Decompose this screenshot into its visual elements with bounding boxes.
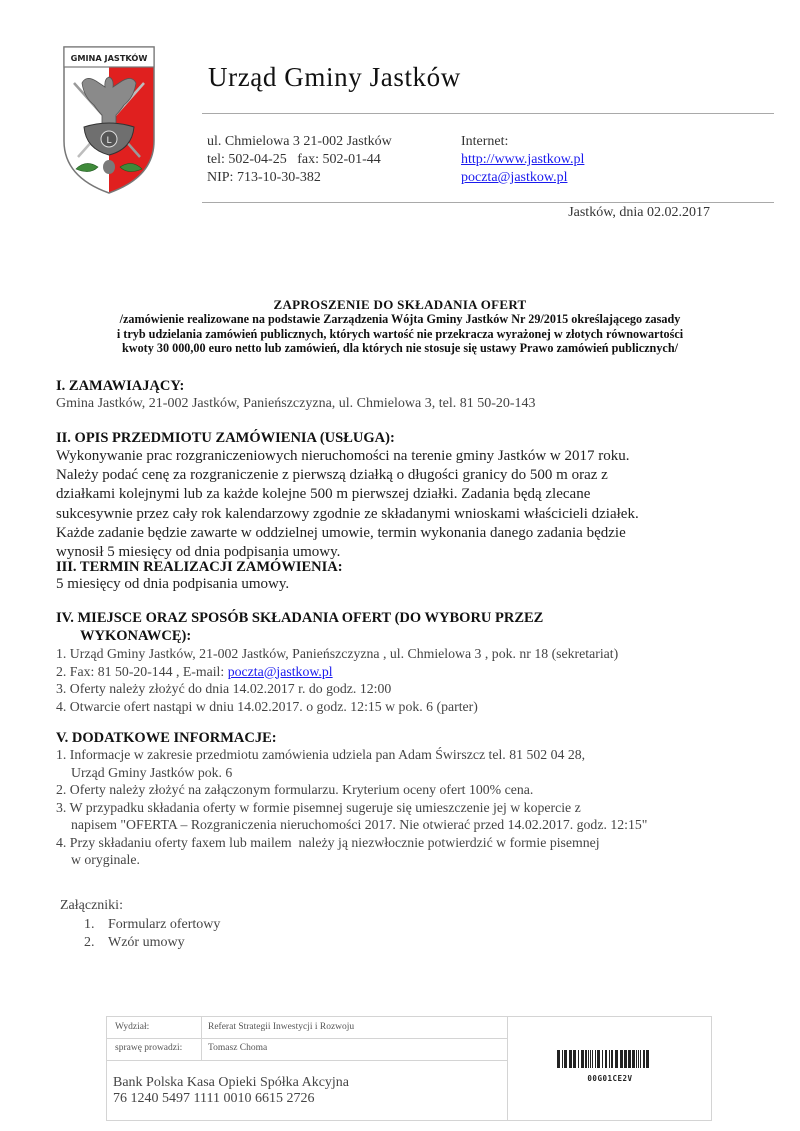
document-subtitle-line: i tryb udzielania zamówień publicznych, … — [40, 327, 760, 342]
list-item-text: 2. Fax: 81 50-20-144 , E-mail: — [56, 664, 228, 679]
attachment-item: 2.Wzór umowy — [84, 934, 220, 952]
bank-info: Bank Polska Kasa Opieki Spółka Akcyjna 7… — [113, 1075, 349, 1107]
section-4-heading-cont: WYKONAWCĘ): — [80, 627, 191, 645]
bank-name: Bank Polska Kasa Opieki Spółka Akcyjna — [113, 1075, 349, 1091]
municipality-crest-logo: GMINA JASTKÓW L — [62, 45, 156, 195]
attachment-item: 1.Formularz ofertowy — [84, 916, 220, 934]
cell-divider — [201, 1017, 202, 1038]
description-line: Wykonywanie prac rozgraniczeniowych nier… — [56, 447, 639, 466]
internet-label: Internet: — [461, 133, 584, 151]
handler-label: sprawę prowadzi: — [115, 1043, 182, 1053]
section-5-list: 1. Informacje w zakresie przedmiotu zamó… — [56, 746, 647, 869]
bank-account-number: 76 1240 5497 1111 0010 6615 2726 — [113, 1091, 349, 1107]
header-divider-top — [202, 113, 774, 114]
footer-row-department: Wydział: Referat Strategii Inwestycji i … — [107, 1017, 507, 1039]
attachment-label: Formularz ofertowy — [108, 917, 220, 932]
footer-row-handler: sprawę prowadzi: Tomasz Choma — [107, 1038, 507, 1061]
list-item: 2. Oferty należy złożyć na załączonym fo… — [56, 781, 647, 799]
section-2-description: Wykonywanie prac rozgraniczeniowych nier… — [56, 447, 639, 562]
document-subtitle-line: kwoty 30 000,00 euro netto lub zamówień,… — [40, 341, 760, 356]
list-item: 3. Oferty należy złożyć do dnia 14.02.20… — [56, 680, 618, 698]
section-2-heading: II. OPIS PRZEDMIOTU ZAMÓWIENIA (USŁUGA): — [56, 429, 395, 447]
list-item: 3. W przypadku składania oferty w formie… — [56, 799, 647, 817]
list-item: 2. Fax: 81 50-20-144 , E-mail: poczta@ja… — [56, 663, 618, 681]
list-item: 4. Przy składaniu oferty faxem lub maile… — [56, 834, 647, 852]
section-4-list: 1. Urząd Gminy Jastków, 21-002 Jastków, … — [56, 645, 618, 715]
description-line: sukcesywnie przez cały rok kalendarzowy … — [56, 505, 639, 524]
section-3-heading: III. TERMIN REALIZACJI ZAMÓWIENIA: — [56, 558, 343, 576]
svg-text:GMINA JASTKÓW: GMINA JASTKÓW — [71, 52, 148, 63]
svg-text:L: L — [106, 136, 111, 146]
cell-divider — [201, 1038, 202, 1060]
document-subtitle-line: /zamówienie realizowane na podstawie Zar… — [40, 312, 760, 327]
description-line: działkami kolejnymi lub za każde kolejne… — [56, 485, 639, 504]
list-item-cont: Urząd Gminy Jastków pok. 6 — [56, 764, 647, 782]
phone-fax-line: tel: 502-04-25 fax: 502-01-44 — [207, 151, 392, 169]
description-line: Każde zadanie będzie zawarte w oddzielne… — [56, 524, 639, 543]
contact-address-block: ul. Chmielowa 3 21-002 Jastków tel: 502-… — [207, 133, 392, 187]
barcode-icon — [555, 1050, 665, 1068]
section-3-text: 5 miesięcy od dnia podpisania umowy. — [56, 575, 289, 594]
attachment-label: Wzór umowy — [108, 935, 185, 950]
nip-line: NIP: 713-10-30-382 — [207, 169, 392, 187]
barcode-text: 00G01CE2V — [555, 1074, 665, 1083]
attachments-list: 1.Formularz ofertowy 2.Wzór umowy — [84, 916, 220, 952]
document-date: Jastków, dnia 02.02.2017 — [568, 205, 710, 221]
crest-icon: GMINA JASTKÓW L — [62, 45, 156, 195]
document-title-block: ZAPROSZENIE DO SKŁADANIA OFERT /zamówien… — [40, 297, 760, 356]
email-link[interactable]: poczta@jastkow.pl — [461, 170, 567, 185]
department-value: Referat Strategii Inwestycji i Rozwoju — [208, 1022, 354, 1032]
section-5-heading: V. DODATKOWE INFORMACJE: — [56, 729, 277, 747]
section-4-heading: IV. MIEJSCE ORAZ SPOSÓB SKŁADANIA OFERT … — [56, 609, 543, 627]
contact-internet-block: Internet: http://www.jastkow.pl poczta@j… — [461, 133, 584, 187]
header-divider-bottom — [202, 202, 774, 203]
document-title: ZAPROSZENIE DO SKŁADANIA OFERT — [40, 297, 760, 312]
department-label: Wydział: — [115, 1022, 149, 1032]
section-1-heading: I. ZAMAWIAJĄCY: — [56, 377, 184, 395]
description-line: Należy podać cenę za rozgraniczenie z pi… — [56, 466, 639, 485]
list-item: 1. Urząd Gminy Jastków, 21-002 Jastków, … — [56, 645, 618, 663]
list-item: 1. Informacje w zakresie przedmiotu zamó… — [56, 746, 647, 764]
section-1-text: Gmina Jastków, 21-002 Jastków, Panieńszc… — [56, 395, 536, 413]
list-item-cont: napisem "OFERTA – Rozgraniczenia nieruch… — [56, 816, 647, 834]
footer-info-box: Wydział: Referat Strategii Inwestycji i … — [106, 1016, 712, 1121]
website-link[interactable]: http://www.jastkow.pl — [461, 152, 584, 167]
attachments-heading: Załączniki: — [60, 898, 123, 914]
handler-value: Tomasz Choma — [208, 1043, 267, 1053]
address-line: ul. Chmielowa 3 21-002 Jastków — [207, 133, 392, 151]
offer-email-link[interactable]: poczta@jastkow.pl — [228, 664, 333, 679]
footer-details: Wydział: Referat Strategii Inwestycji i … — [107, 1017, 508, 1120]
document-barcode: 00G01CE2V — [555, 1050, 665, 1083]
list-item: 4. Otwarcie ofert nastąpi w dniu 14.02.2… — [56, 698, 618, 716]
office-title: Urząd Gminy Jastków — [208, 62, 461, 93]
list-item-cont: w oryginale. — [56, 851, 647, 869]
